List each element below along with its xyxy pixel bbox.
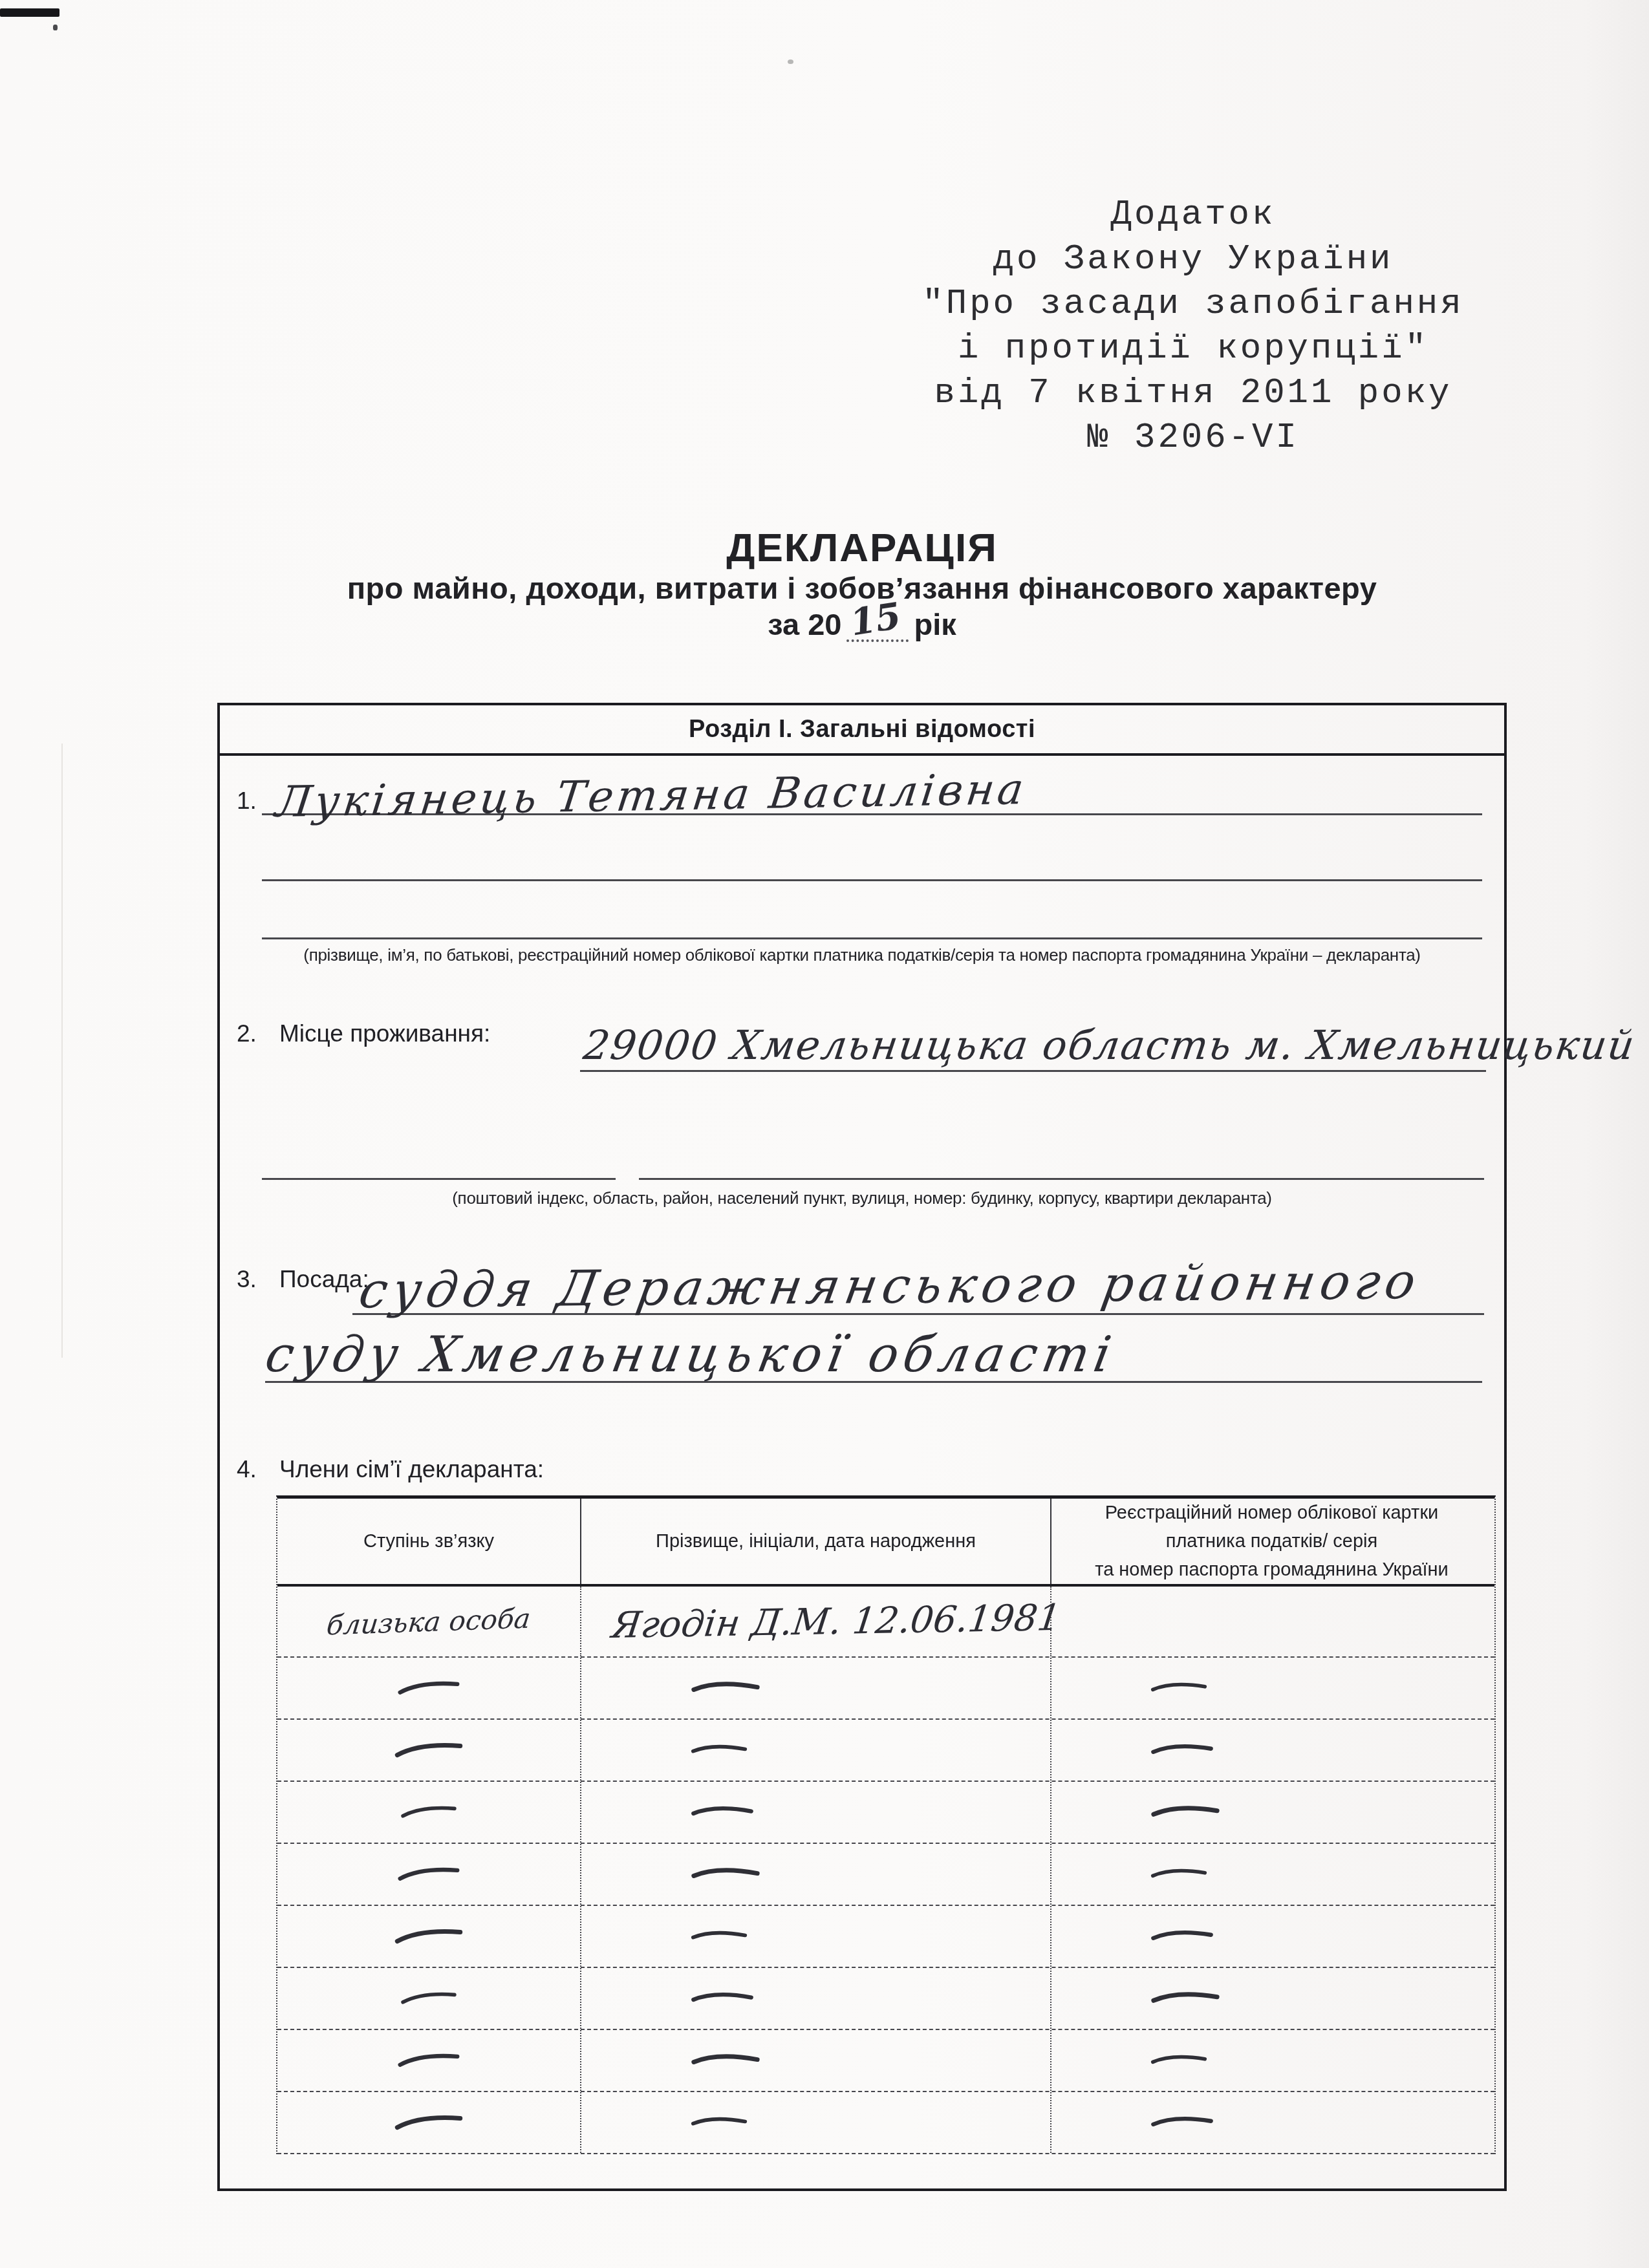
family-table-cell-name <box>580 1658 1050 1718</box>
law-ref-line: від 7 квітня 2011 року <box>899 371 1487 416</box>
item4-number: 4. <box>237 1456 257 1483</box>
section1-heading: Розділ І. Загальні відомості <box>220 705 1504 756</box>
item4-label: Члени сім’ї декларанта: <box>279 1456 544 1483</box>
col-header-relationship: Ступінь зв’язку <box>277 1499 580 1584</box>
handwritten-dash <box>393 1738 464 1762</box>
handwritten-dash <box>393 1925 464 1949</box>
handwritten-dash <box>689 2049 761 2073</box>
document-title: ДЕКЛАРАЦІЯ <box>217 525 1507 571</box>
family-table-row <box>277 1782 1494 1844</box>
handwritten-dash <box>1149 1677 1208 1699</box>
family-table-cell-name <box>580 2030 1050 2091</box>
family-table-cell-name: Ягодін Д.М. 12.06.1981 <box>580 1587 1050 1656</box>
handwritten-dash <box>1149 2049 1208 2071</box>
fill-line <box>262 813 1482 815</box>
handwritten-dash <box>1149 1987 1221 2010</box>
handwritten-dash <box>1149 1925 1214 1947</box>
family-table-cell-name <box>580 1968 1050 2029</box>
year-prefix: за 20 <box>768 607 841 641</box>
handwritten-dash <box>399 1987 458 2010</box>
family-table-cell-name <box>580 1782 1050 1843</box>
handwritten-address: 29000 Хмельницька область м. Хмельницьки… <box>581 1022 1639 1069</box>
handwritten-relationship: близька особа <box>325 1602 532 1641</box>
scan-fold-line <box>61 744 63 1358</box>
family-table-cell-relationship <box>277 1906 580 1967</box>
fill-line <box>262 1178 616 1180</box>
fill-line <box>580 1070 1486 1072</box>
family-table-cell-reg_number <box>1050 1906 1492 1967</box>
handwritten-dash <box>396 2049 461 2072</box>
handwritten-dash <box>1149 1801 1221 1824</box>
item2-label: Місце проживання: <box>279 1020 490 1047</box>
family-table-cell-name <box>580 1720 1050 1781</box>
handwritten-dash <box>689 1738 748 1762</box>
family-table-row <box>277 1906 1494 1968</box>
family-table-cell-reg_number <box>1050 1844 1492 1905</box>
year-line: за 2015рік <box>217 606 1507 642</box>
item3-label: Посада: <box>279 1266 369 1293</box>
family-table-cell-relationship <box>277 2092 580 2153</box>
handwritten-position-line1: суддя Деражнянського районного <box>355 1252 1425 1319</box>
family-table-cell-relationship: близька особа <box>277 1587 580 1656</box>
handwritten-dash <box>1149 1739 1214 1761</box>
family-table-row <box>277 2030 1494 2092</box>
fill-line <box>262 937 1482 939</box>
handwritten-dash <box>689 1925 748 1948</box>
family-table-cell-relationship <box>277 1968 580 2029</box>
family-table-row <box>277 2092 1494 2154</box>
family-table-cell-reg_number <box>1050 2030 1492 2091</box>
handwritten-dash <box>689 2111 748 2134</box>
family-table-cell-name <box>580 1906 1050 1967</box>
law-ref-line: до Закону України <box>899 237 1487 282</box>
family-table-cell-relationship <box>277 1658 580 1718</box>
family-table-cell-reg_number <box>1050 2092 1492 2153</box>
handwritten-dash <box>689 1676 761 1700</box>
law-ref-line: "Про засади запобігання <box>899 282 1487 326</box>
handwritten-name: Ягодін Д.М. 12.06.1981 <box>609 1596 1063 1646</box>
handwritten-year: 15 <box>848 594 904 644</box>
family-table-row <box>277 1720 1494 1782</box>
item1-caption: (прізвище, ім’я, по батькові, реєстрацій… <box>220 945 1504 965</box>
family-table-cell-relationship <box>277 1844 580 1905</box>
year-suffix: рік <box>914 607 956 641</box>
fill-line <box>262 879 1482 881</box>
family-table-cell-name <box>580 2092 1050 2153</box>
handwritten-dash <box>396 1863 461 1886</box>
handwritten-dash <box>399 1801 458 1824</box>
handwritten-dash <box>1149 2112 1214 2134</box>
family-table-cell-reg_number <box>1050 1587 1492 1656</box>
handwritten-dash <box>689 1801 755 1824</box>
family-table-cell-relationship <box>277 2030 580 2091</box>
handwritten-dash <box>393 2111 464 2135</box>
family-table-row: близька особаЯгодін Д.М. 12.06.1981 <box>277 1587 1494 1658</box>
handwritten-dash <box>689 1987 755 2010</box>
handwritten-dash <box>689 1863 761 1887</box>
handwritten-dash <box>396 1676 461 1700</box>
item2-caption: (поштовий індекс, область, район, населе… <box>220 1188 1504 1208</box>
col-header-name: Прізвище, ініціали, дата народження <box>580 1499 1050 1584</box>
scan-artifact-speck <box>788 59 793 64</box>
year-dotted-field: 15 <box>846 610 909 642</box>
col-header-reg-number: Реєстраційний номер облікової картки пла… <box>1050 1499 1492 1584</box>
law-ref-line: № 3206-VI <box>899 416 1487 460</box>
handwritten-position-line2: суду Хмельницької області <box>261 1325 1120 1383</box>
family-table-row <box>277 1658 1494 1720</box>
scanned-declaration-page: Додаток до Закону України "Про засади за… <box>0 0 1649 2268</box>
fill-line <box>639 1178 1484 1180</box>
family-table-cell-relationship <box>277 1782 580 1843</box>
family-table-cell-relationship <box>277 1720 580 1781</box>
item2-number: 2. <box>237 1020 257 1047</box>
scan-artifact-dot <box>53 25 58 30</box>
family-table-cell-reg_number <box>1050 1968 1492 2029</box>
family-table-row <box>277 1844 1494 1906</box>
item3-number: 3. <box>237 1266 257 1293</box>
family-table-body: близька особаЯгодін Д.М. 12.06.1981 <box>277 1587 1494 2154</box>
family-table-cell-reg_number <box>1050 1658 1492 1718</box>
law-ref-line: і протидії корупції" <box>899 326 1487 371</box>
family-table: Ступінь зв’язку Прізвище, ініціали, дата… <box>276 1495 1496 2154</box>
family-table-row <box>277 1968 1494 2030</box>
family-table-cell-reg_number <box>1050 1720 1492 1781</box>
family-table-cell-name <box>580 1844 1050 1905</box>
item1-number: 1. <box>237 787 257 815</box>
law-ref-line: Додаток <box>899 193 1487 237</box>
handwritten-dash <box>1149 1863 1208 1885</box>
family-table-cell-reg_number <box>1050 1782 1492 1843</box>
fill-line <box>352 1313 1484 1315</box>
law-reference-block: Додаток до Закону України "Про засади за… <box>899 193 1487 460</box>
scan-artifact-top-left <box>0 8 59 17</box>
fill-line <box>265 1381 1482 1383</box>
family-table-header: Ступінь зв’язку Прізвище, ініціали, дата… <box>277 1499 1494 1587</box>
